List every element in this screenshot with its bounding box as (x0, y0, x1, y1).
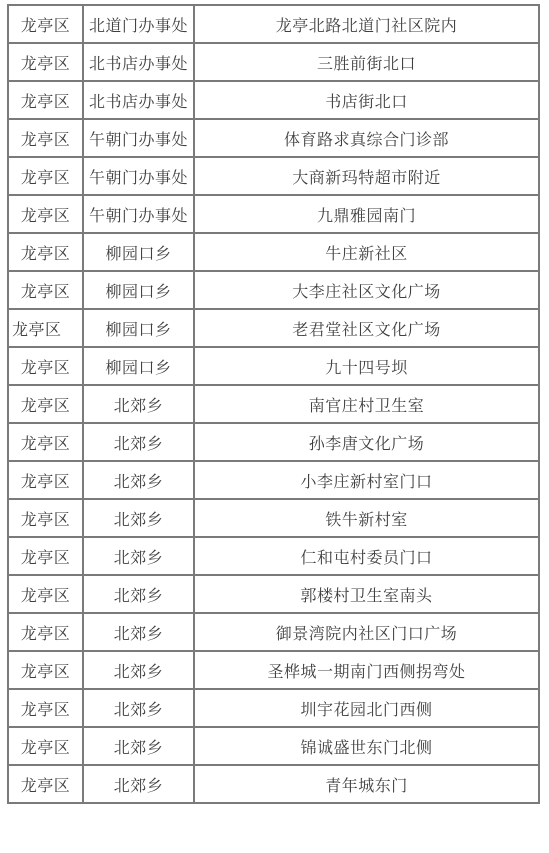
office-cell: 北郊乡 (83, 537, 194, 575)
table-row: 龙亭区柳园口乡九十四号坝 (8, 347, 539, 385)
location-cell: 书店街北口 (194, 81, 539, 119)
location-cell: 老君堂社区文化广场 (194, 309, 539, 347)
location-cell: 圣桦城一期南门西侧拐弯处 (194, 651, 539, 689)
table-body: 龙亭区北道门办事处龙亭北路北道门社区院内龙亭区北书店办事处三胜前街北口龙亭区北书… (8, 5, 539, 803)
location-cell: 御景湾院内社区门口广场 (194, 613, 539, 651)
table-row: 龙亭区北郊乡南官庄村卫生室 (8, 385, 539, 423)
district-cell: 龙亭区 (8, 499, 83, 537)
location-cell: 铁牛新村室 (194, 499, 539, 537)
office-cell: 北郊乡 (83, 727, 194, 765)
district-cell: 龙亭区 (8, 727, 83, 765)
location-cell: 青年城东门 (194, 765, 539, 803)
table-row: 龙亭区北郊乡郭楼村卫生室南头 (8, 575, 539, 613)
district-cell: 龙亭区 (8, 43, 83, 81)
location-cell: 小李庄新村室门口 (194, 461, 539, 499)
office-cell: 柳园口乡 (83, 233, 194, 271)
table-row: 龙亭区北郊乡圣桦城一期南门西侧拐弯处 (8, 651, 539, 689)
location-cell: 体育路求真综合门诊部 (194, 119, 539, 157)
district-cell: 龙亭区 (8, 613, 83, 651)
office-cell: 北书店办事处 (83, 81, 194, 119)
pickup-points-table: 龙亭区北道门办事处龙亭北路北道门社区院内龙亭区北书店办事处三胜前街北口龙亭区北书… (7, 4, 540, 804)
table-row: 龙亭区北郊乡铁牛新村室 (8, 499, 539, 537)
office-cell: 柳园口乡 (83, 309, 194, 347)
table-row: 龙亭区北郊乡锦诚盛世东门北侧 (8, 727, 539, 765)
office-cell: 北郊乡 (83, 385, 194, 423)
office-cell: 北郊乡 (83, 575, 194, 613)
location-cell: 锦诚盛世东门北侧 (194, 727, 539, 765)
location-cell: 龙亭北路北道门社区院内 (194, 5, 539, 43)
table-row: 龙亭区北书店办事处书店街北口 (8, 81, 539, 119)
office-cell: 北郊乡 (83, 461, 194, 499)
location-cell: 九鼎雅园南门 (194, 195, 539, 233)
office-cell: 午朝门办事处 (83, 157, 194, 195)
district-cell: 龙亭区 (8, 347, 83, 385)
location-cell: 大商新玛特超市附近 (194, 157, 539, 195)
district-cell: 龙亭区 (8, 5, 83, 43)
district-cell: 龙亭区 (8, 119, 83, 157)
location-cell: 三胜前街北口 (194, 43, 539, 81)
table-row: 龙亭区北郊乡青年城东门 (8, 765, 539, 803)
location-cell: 圳宇花园北门西侧 (194, 689, 539, 727)
office-cell: 北书店办事处 (83, 43, 194, 81)
page: 龙亭区北道门办事处龙亭北路北道门社区院内龙亭区北书店办事处三胜前街北口龙亭区北书… (0, 0, 549, 853)
district-cell: 龙亭区 (8, 157, 83, 195)
office-cell: 北道门办事处 (83, 5, 194, 43)
table-row: 龙亭区午朝门办事处九鼎雅园南门 (8, 195, 539, 233)
office-cell: 北郊乡 (83, 689, 194, 727)
location-cell: 大李庄社区文化广场 (194, 271, 539, 309)
location-cell: 仁和屯村委员门口 (194, 537, 539, 575)
district-cell: 龙亭区 (8, 423, 83, 461)
table-row: 龙亭区北郊乡仁和屯村委员门口 (8, 537, 539, 575)
district-cell: 龙亭区 (8, 765, 83, 803)
table-row: 龙亭区北郊乡孙李唐文化广场 (8, 423, 539, 461)
office-cell: 柳园口乡 (83, 271, 194, 309)
district-cell: 龙亭区 (8, 271, 83, 309)
office-cell: 北郊乡 (83, 765, 194, 803)
table-row: 龙亭区柳园口乡牛庄新社区 (8, 233, 539, 271)
district-cell: 龙亭区 (8, 651, 83, 689)
table-row: 龙亭区北郊乡小李庄新村室门口 (8, 461, 539, 499)
district-cell: 龙亭区 (8, 81, 83, 119)
district-cell: 龙亭区 (8, 233, 83, 271)
district-cell: 龙亭区 (8, 537, 83, 575)
office-cell: 北郊乡 (83, 423, 194, 461)
office-cell: 柳园口乡 (83, 347, 194, 385)
office-cell: 北郊乡 (83, 613, 194, 651)
location-cell: 南官庄村卫生室 (194, 385, 539, 423)
district-cell: 龙亭区 (8, 689, 83, 727)
office-cell: 北郊乡 (83, 499, 194, 537)
location-cell: 牛庄新社区 (194, 233, 539, 271)
table-row: 龙亭区午朝门办事处大商新玛特超市附近 (8, 157, 539, 195)
table-row: 龙亭区午朝门办事处体育路求真综合门诊部 (8, 119, 539, 157)
table-row: 龙亭区北郊乡圳宇花园北门西侧 (8, 689, 539, 727)
location-cell: 孙李唐文化广场 (194, 423, 539, 461)
table-row: 龙亭区北郊乡御景湾院内社区门口广场 (8, 613, 539, 651)
district-cell: 龙亭区 (8, 575, 83, 613)
district-cell: 龙亭区 (8, 385, 83, 423)
office-cell: 午朝门办事处 (83, 195, 194, 233)
location-cell: 九十四号坝 (194, 347, 539, 385)
district-cell: 龙亭区 (8, 309, 83, 347)
table-row: 龙亭区柳园口乡老君堂社区文化广场 (8, 309, 539, 347)
district-cell: 龙亭区 (8, 195, 83, 233)
table-row: 龙亭区北道门办事处龙亭北路北道门社区院内 (8, 5, 539, 43)
table-row: 龙亭区柳园口乡大李庄社区文化广场 (8, 271, 539, 309)
table-row: 龙亭区北书店办事处三胜前街北口 (8, 43, 539, 81)
district-cell: 龙亭区 (8, 461, 83, 499)
office-cell: 午朝门办事处 (83, 119, 194, 157)
location-cell: 郭楼村卫生室南头 (194, 575, 539, 613)
office-cell: 北郊乡 (83, 651, 194, 689)
